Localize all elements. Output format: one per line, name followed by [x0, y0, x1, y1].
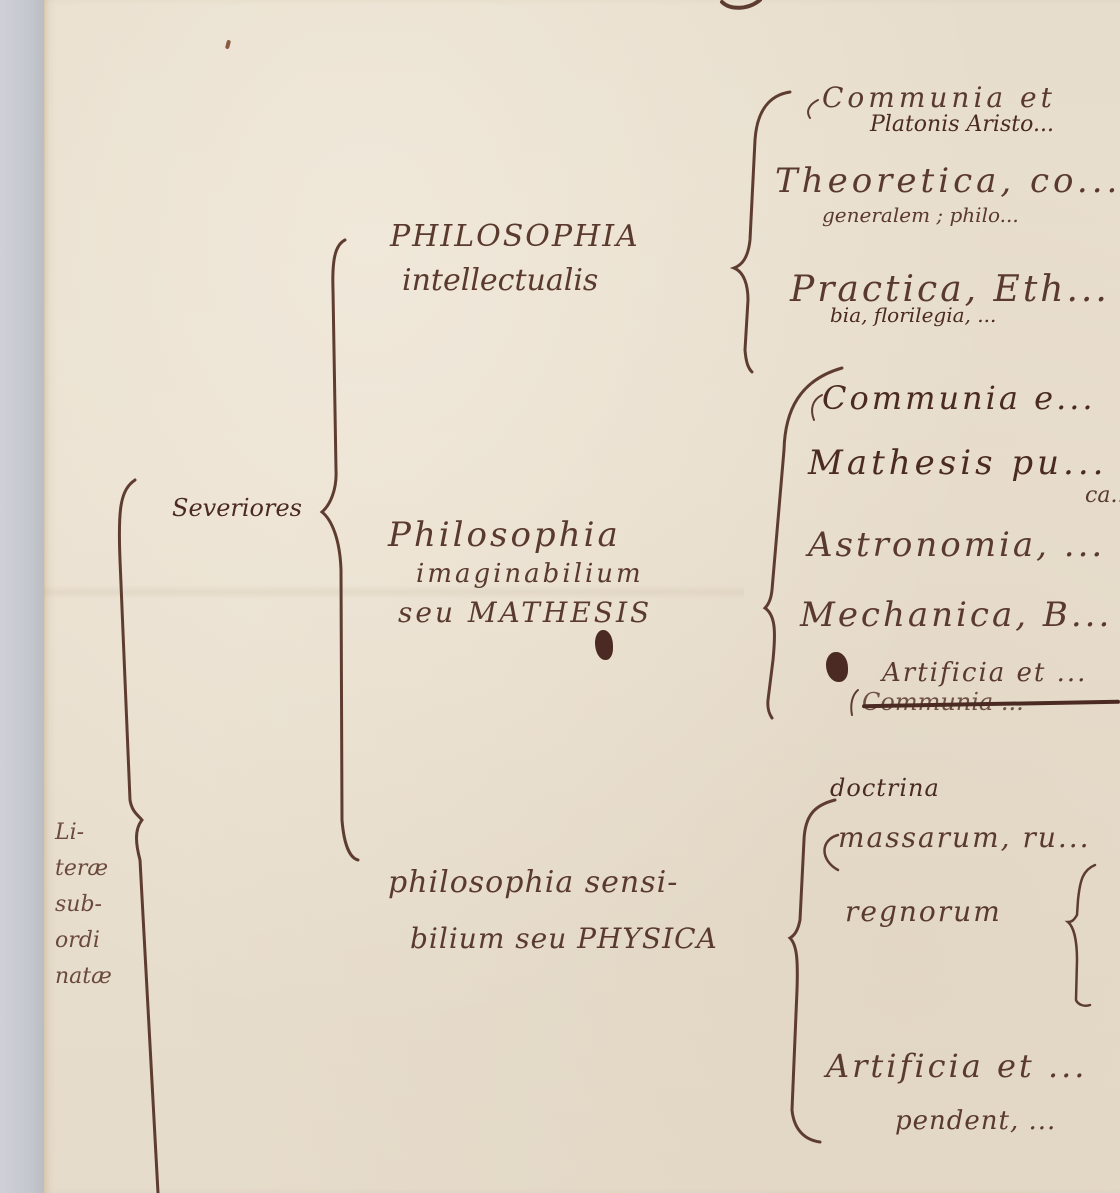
child-mathesis-pura-sub: ca...	[1085, 485, 1120, 507]
ink-blot	[826, 652, 848, 682]
child-practica-sub: bia, florilegia, ...	[830, 305, 996, 325]
child-artificia-2: Artificia et ...	[826, 1050, 1087, 1082]
child-artificia-1: Artificia et ...	[882, 660, 1087, 686]
child-theoretica: Theoretica, co...	[775, 164, 1120, 198]
child-artificia-2-sub: pendent, ...	[895, 1108, 1056, 1134]
node-subtitle: intellectualis	[390, 259, 640, 303]
ink-blot	[595, 630, 613, 660]
child-theoretica-sub: generalem ; philo...	[822, 205, 1019, 225]
child-astronomia: Astronomia, ...	[808, 528, 1105, 562]
child-communia-1-sub: Platonis Aristo...	[870, 114, 1054, 136]
node-subtitle: seu MATHESIS	[388, 591, 652, 635]
node-title: Philosophia	[388, 513, 652, 557]
node-subtitle: imaginabilium	[388, 557, 652, 591]
root-label-line: sub-	[55, 887, 112, 923]
node-title: PHILOSOPHIA	[390, 215, 640, 259]
node-philosophia-physica: philosophia sensi- bilium seu PHYSICA	[388, 855, 718, 967]
root-label: Li- teræ sub- ordi natæ	[55, 815, 112, 995]
child-massarum: massarum, ru...	[838, 824, 1091, 852]
root-label-line: natæ	[55, 959, 112, 995]
child-mathesis-pura: Mathesis pu...	[808, 446, 1107, 480]
root-label-line: ordi	[55, 923, 112, 959]
node-philosophia-intellectualis: PHILOSOPHIA intellectualis	[390, 215, 640, 303]
root-label-line: Li-	[55, 815, 112, 851]
child-doctrina: doctrina	[830, 776, 940, 800]
root-label-line: teræ	[55, 851, 112, 887]
node-philosophia-mathesis: Philosophia imaginabilium seu MATHESIS	[388, 513, 652, 635]
child-regnorum: regnorum	[845, 898, 1002, 926]
child-mechanica: Mechanica, B...	[800, 598, 1112, 632]
node-title: philosophia sensi-	[388, 855, 718, 911]
branch-label-severiores: Severiores	[172, 496, 302, 520]
child-communia-1: Communia et	[822, 84, 1056, 112]
scan-backing	[0, 0, 46, 1193]
node-subtitle: bilium seu PHYSICA	[388, 911, 718, 967]
child-communia-2: Communia e...	[822, 382, 1096, 414]
